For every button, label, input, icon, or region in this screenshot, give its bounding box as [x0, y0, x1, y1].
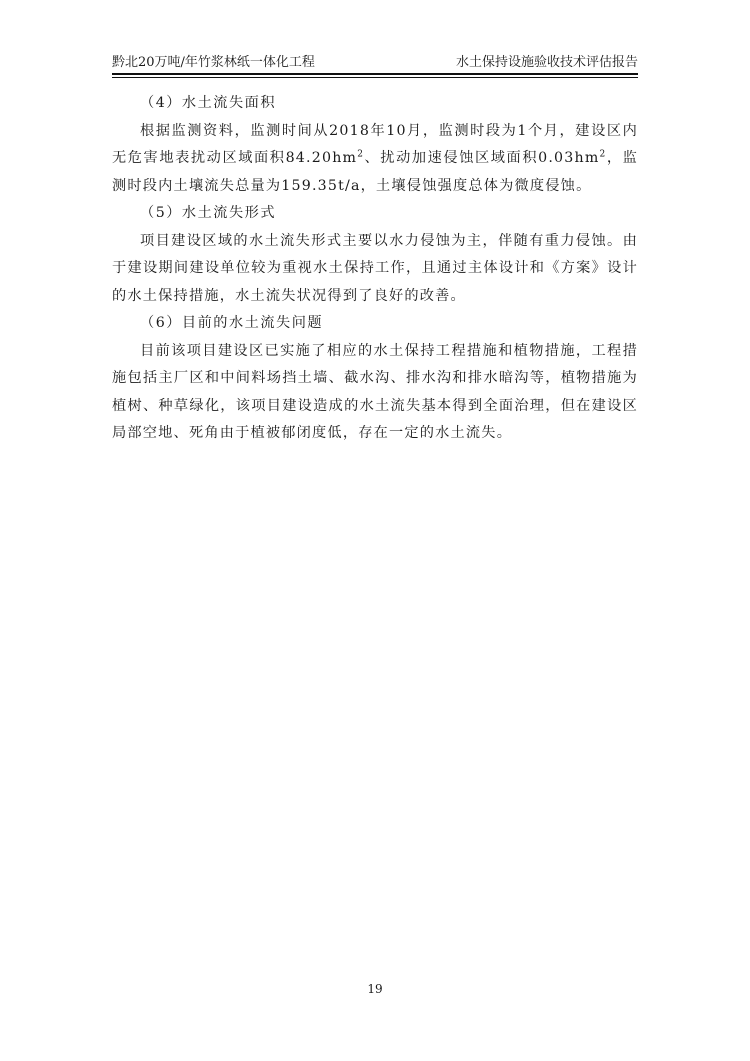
header-project-title: 黔北20万吨/年竹浆林纸一体化工程	[112, 51, 315, 70]
section-heading-erosion-form: （5）水土流失形式	[112, 200, 638, 228]
paragraph-erosion-area: 根据监测资料，监测时间从2018年10月，监测时段为1个月，建设区内无危害地表扰…	[112, 118, 638, 201]
header-report-title: 水土保持设施验收技术评估报告	[456, 51, 638, 70]
text-run: 、扰动加速侵蚀区域面积0.03hm	[364, 150, 599, 166]
paragraph-erosion-form: 项目建设区域的水土流失形式主要以水力侵蚀为主，伴随有重力侵蚀。由于建设期间建设单…	[112, 228, 638, 311]
header-rule-thin	[112, 77, 638, 78]
header-rule-thick	[112, 73, 638, 75]
paragraph-current-problems: 目前该项目建设区已实施了相应的水土保持工程措施和植物措施，工程措施包括主厂区和中…	[112, 338, 638, 448]
page-body: （4）水土流失面积 根据监测资料，监测时间从2018年10月，监测时段为1个月，…	[112, 90, 638, 448]
page-number: 19	[0, 982, 750, 996]
page-header: 黔北20万吨/年竹浆林纸一体化工程 水土保持设施验收技术评估报告	[112, 48, 638, 70]
section-heading-erosion-area: （4）水土流失面积	[112, 90, 638, 118]
section-heading-current-problems: （6）目前的水土流失问题	[112, 310, 638, 338]
